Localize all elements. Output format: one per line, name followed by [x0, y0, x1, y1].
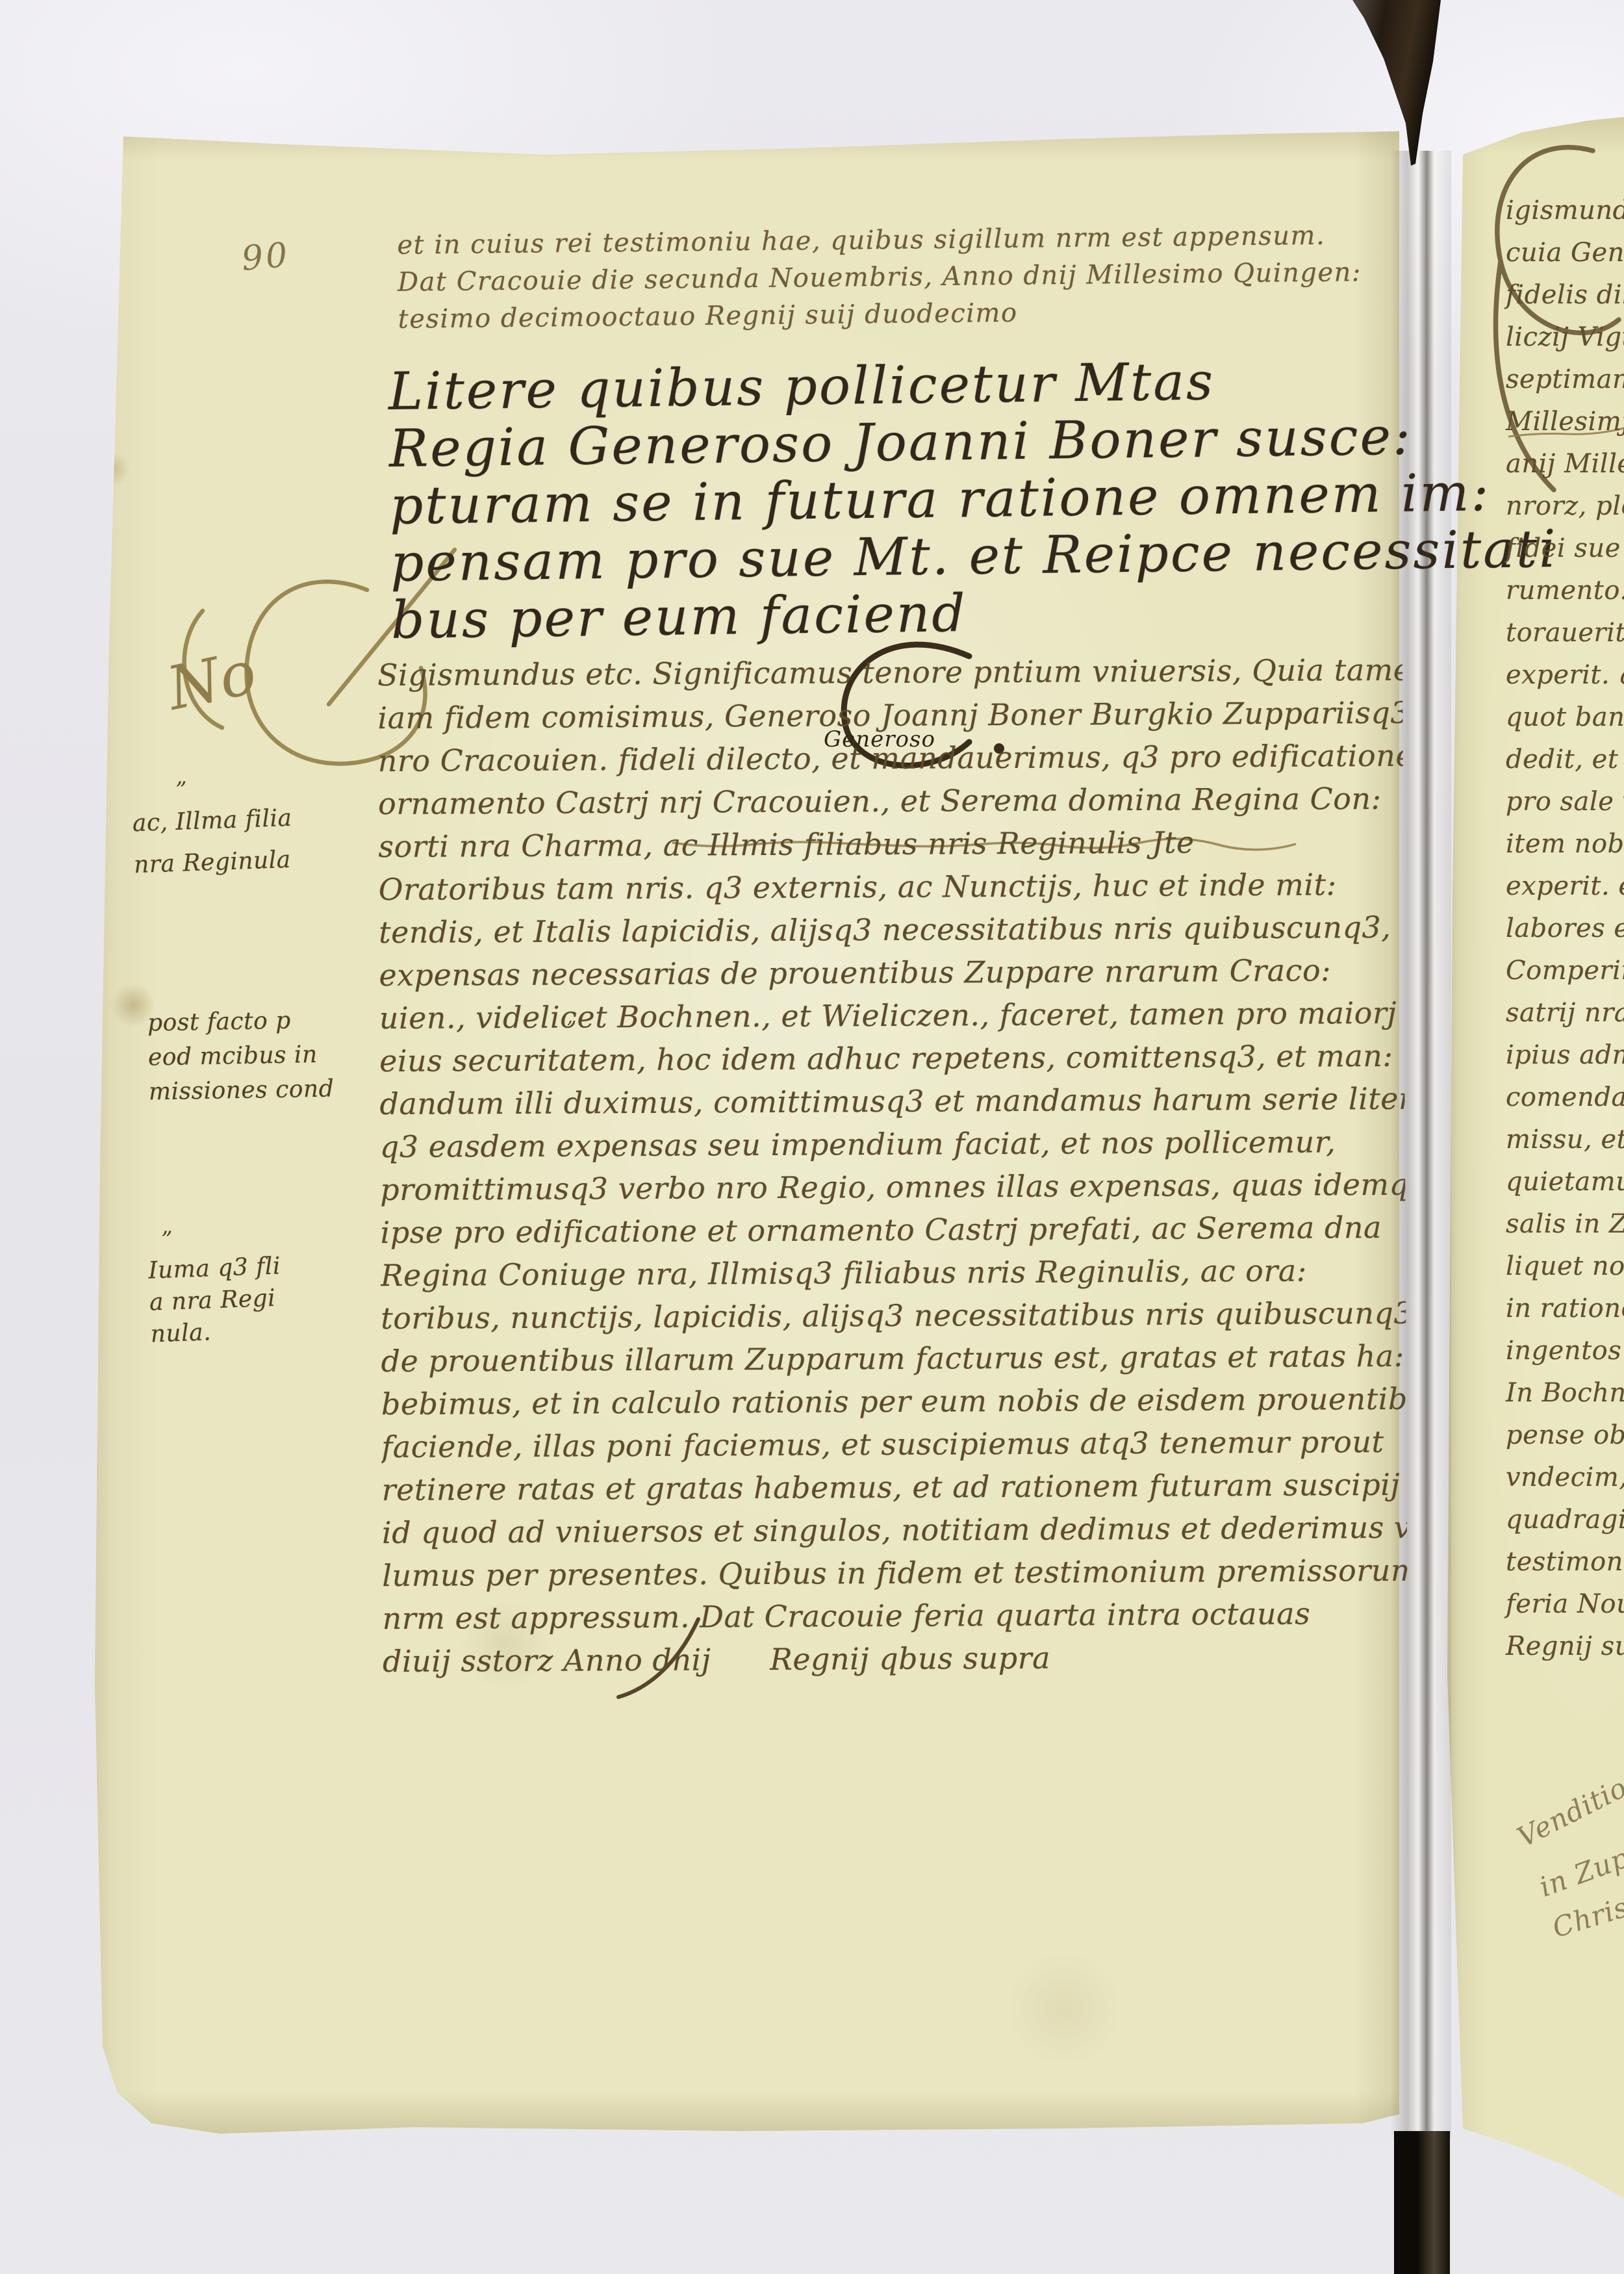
right-page-text-block: igismundus Rcuia Generosusfidelis dilect… [1506, 190, 1624, 1668]
body-line: faciende, illas poni faciemus, et suscip… [381, 1420, 1406, 1468]
insertion-mark: ” [175, 777, 186, 803]
body-line: uien., videlicet Bochnen., et Wieliczen.… [379, 991, 1404, 1040]
margin-note-line: Iuma q3 fli [147, 1250, 281, 1286]
right-page-line: dedit, et quot [1506, 739, 1624, 781]
margin-note: ac, Illma filianra Reginula [132, 798, 294, 886]
right-page-line: liquet nobis ad [1506, 1246, 1624, 1288]
right-page-line: septimanare h [1506, 359, 1624, 401]
right-page-line: vndecim, comm [1506, 1457, 1624, 1499]
body-line: id quod ad vniuersos et singulos, notiti… [382, 1506, 1407, 1554]
body-line: Regina Coniuge nra, Illmisq3 filiabus nr… [381, 1249, 1406, 1297]
right-page-line: In Bochnen. v [1506, 1372, 1624, 1414]
margin-note-line: missiones cond [148, 1072, 334, 1110]
closing-clause-block: et in cuius rei testimoniu hae, quibus s… [397, 217, 1362, 339]
margin-note: post facto peod mcibus inmissiones cond [147, 1003, 335, 1110]
insertion-mark: ” [161, 1227, 172, 1253]
right-page-line: missu, et de p [1506, 1119, 1624, 1161]
right-page-line: fidei sue integ [1506, 528, 1624, 570]
right-page-line: testimonium sig [1506, 1541, 1624, 1583]
body-line: nrm est appressum. Dat Cracouie feria qu… [382, 1592, 1407, 1640]
right-page-line: comendand, ipm [1506, 1077, 1624, 1119]
margin-note-line: ac, Illma filia [132, 798, 293, 845]
right-page-line: fidelis dilectus d [1506, 274, 1624, 316]
body-line: retinere ratas et gratas habemus, et ad … [381, 1463, 1406, 1511]
right-page-line: feria Nouembr [1506, 1583, 1624, 1626]
body-line: iam fidem comisimus, Generoso Joannj Bon… [377, 691, 1402, 739]
right-page-line: labores et dom [1506, 908, 1624, 950]
margin-note-line: nula. [150, 1314, 283, 1350]
right-page-line: quot bancos et [1506, 696, 1624, 739]
right-page-line: salis in Zuppis [1506, 1203, 1624, 1246]
body-line: q3 easdem expensas seu impendium faciat,… [380, 1120, 1405, 1168]
right-page-line: anij Millesimi [1506, 443, 1624, 485]
body-line: de prouentibus illarum Zupparum facturus… [381, 1335, 1406, 1383]
right-page-line: torauerit. ac re [1506, 612, 1624, 654]
right-page-line: Regnij suj du [1506, 1626, 1624, 1668]
body-line: Oratoribus tam nris. q3 externis, ac Nun… [379, 863, 1404, 911]
margin-note-line: post facto p [147, 1003, 333, 1041]
body-line: Sigismundus etc. Significamus tenore pnt… [377, 648, 1402, 696]
body-line: nro Cracouien. fideli dilecto, et mandau… [378, 734, 1403, 782]
right-page-line: item nobis nobis [1506, 823, 1624, 865]
body-line: diuij sstorz Anno dnij Regnij qbus supra [383, 1635, 1408, 1683]
right-page-line: rumento. qua [1506, 570, 1624, 612]
right-page-line: nrorz, plena [1506, 485, 1624, 528]
body-line: promittimusq3 verbo nro Regio, omnes ill… [380, 1163, 1405, 1211]
right-page-line: pro sale vecto [1506, 781, 1624, 823]
body-text-block: Sigismundus etc. Significamus tenore pnt… [377, 648, 1408, 1683]
body-line: toribus, nunctijs, lapicidis, alijsq3 ne… [381, 1292, 1406, 1340]
body-line: sorti nra Charma, ac Illmis filiabus nri… [378, 820, 1403, 868]
body-line: tendis, et Italis lapicidis, alijsq3 nec… [379, 906, 1404, 954]
body-line: ornamento Castrj nrj Cracouien., et Sere… [378, 777, 1403, 825]
right-page-line: Comperimus itaq3 [1506, 950, 1624, 992]
right-page-line: pense obnoxij s [1506, 1414, 1624, 1457]
right-page-line: liczij Vigt et B [1506, 316, 1624, 359]
right-page-line: quadraginta u [1506, 1499, 1624, 1541]
right-page-line: cuia Generosus [1506, 232, 1624, 274]
margin-note-line: nra Reginula [133, 839, 294, 887]
entry-heading: Litere quibus pollicetur MtasRegia Gener… [388, 349, 1558, 649]
spine-strap-bottom [1394, 2131, 1450, 2274]
right-page-line: experit. et quo [1506, 865, 1624, 908]
body-line: bebimus, et in calculo rationis per eum … [381, 1377, 1406, 1425]
right-page-line: satrij nrarj, no [1506, 992, 1624, 1034]
manuscript-scan: { "document": { "page_number": "90", "cl… [0, 0, 1624, 2274]
right-page-line: experit. quotq3 [1506, 654, 1624, 696]
body-line: dandum illi duximus, comittimusq3 et man… [379, 1077, 1404, 1125]
body-line: ipse pro edificatione et ornamento Castr… [380, 1206, 1405, 1254]
margin-note-line: a nra Regi [149, 1282, 282, 1318]
margin-note-line: eod mcibus in [148, 1038, 334, 1075]
right-page-line: ipius administ [1506, 1034, 1624, 1077]
right-page-line: igismundus R [1506, 190, 1624, 232]
right-page-line: quietamus, Lt [1506, 1161, 1624, 1203]
margin-note: Iuma q3 flia nra Reginula. [147, 1250, 283, 1350]
folio-number: 90 [240, 236, 292, 279]
body-line: eius securitatem, hoc idem adhuc repeten… [379, 1034, 1404, 1082]
right-page-line: in ratione pos [1506, 1288, 1624, 1330]
right-page-line: Millesimj quing [1506, 401, 1624, 443]
body-line: expensas necessarias de prouentibus Zupp… [379, 949, 1404, 997]
body-line: lumus per presentes. Quibus in fidem et … [382, 1549, 1407, 1597]
right-page-line: ingentos quing [1506, 1330, 1624, 1372]
